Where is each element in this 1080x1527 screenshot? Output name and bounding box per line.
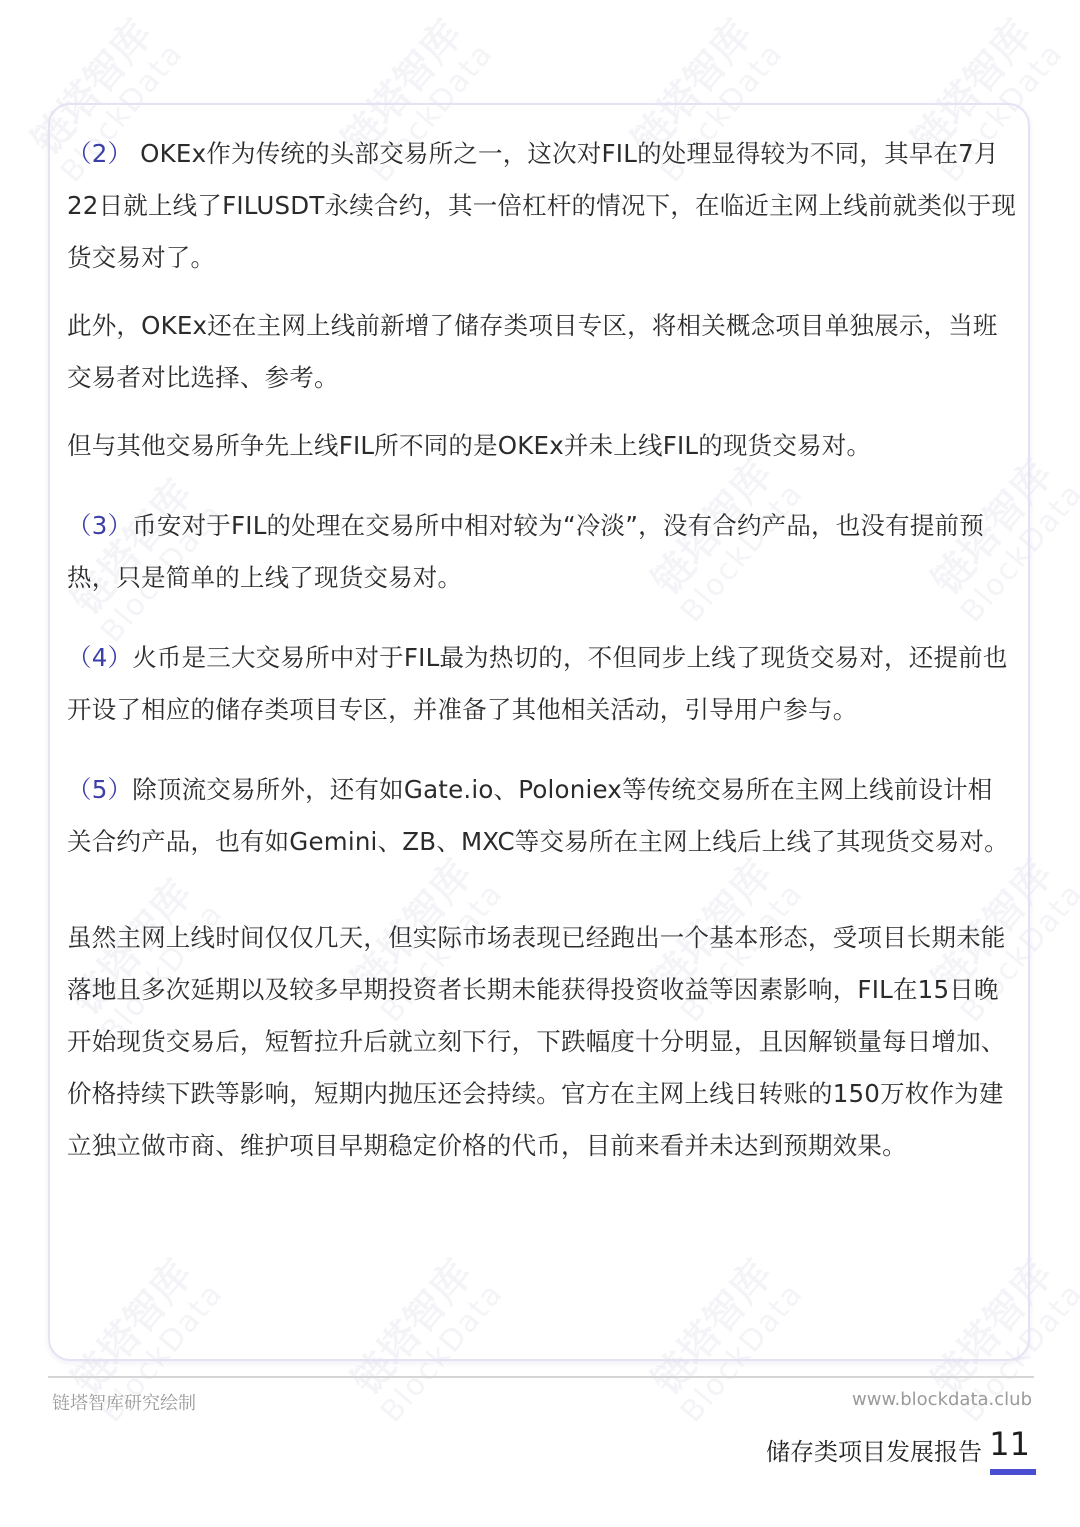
- paragraph-other-exchanges: （5）除顶流交易所外，还有如Gate.io、Poloniex等传统交易所在主网上…: [67, 764, 1017, 868]
- article-body: （2） OKEx作为传统的头部交易所之一，这次对FIL的处理显得较为不同，其早在…: [67, 128, 1017, 1172]
- paragraph-okex-zone: 此外，OKEx还在主网上线前新增了储存类项目专区，将相关概念项目单独展示，当班交…: [67, 300, 1017, 404]
- page-number-underline: [990, 1469, 1036, 1475]
- item-number: （2）: [67, 139, 132, 168]
- footer-divider: [48, 1376, 1034, 1378]
- report-title: 储存类项目发展报告: [766, 1432, 982, 1467]
- item-number: （5）: [67, 775, 132, 804]
- paragraph-summary: 虽然主网上线时间仅仅几天，但实际市场表现已经跑出一个基本形态，受项目长期未能落地…: [67, 912, 1017, 1172]
- paragraph-binance: （3）币安对于FIL的处理在交易所中相对较为“冷淡”，没有合约产品，也没有提前预…: [67, 500, 1017, 604]
- item-number: （3）: [67, 511, 132, 540]
- paragraph-okex: （2） OKEx作为传统的头部交易所之一，这次对FIL的处理显得较为不同，其早在…: [67, 128, 1017, 284]
- paragraph-huobi: （4）火币是三大交易所中对于FIL最为热切的，不但同步上线了现货交易对，还提前也…: [67, 632, 1017, 736]
- footer-website: www.blockdata.club: [852, 1389, 1032, 1410]
- page-number: 11: [989, 1425, 1030, 1463]
- footer-source: 链塔智库研究绘制: [52, 1389, 196, 1415]
- paragraph-okex-spot: 但与其他交易所争先上线FIL所不同的是OKEx并未上线FIL的现货交易对。: [67, 420, 1017, 472]
- item-number: （4）: [67, 643, 132, 672]
